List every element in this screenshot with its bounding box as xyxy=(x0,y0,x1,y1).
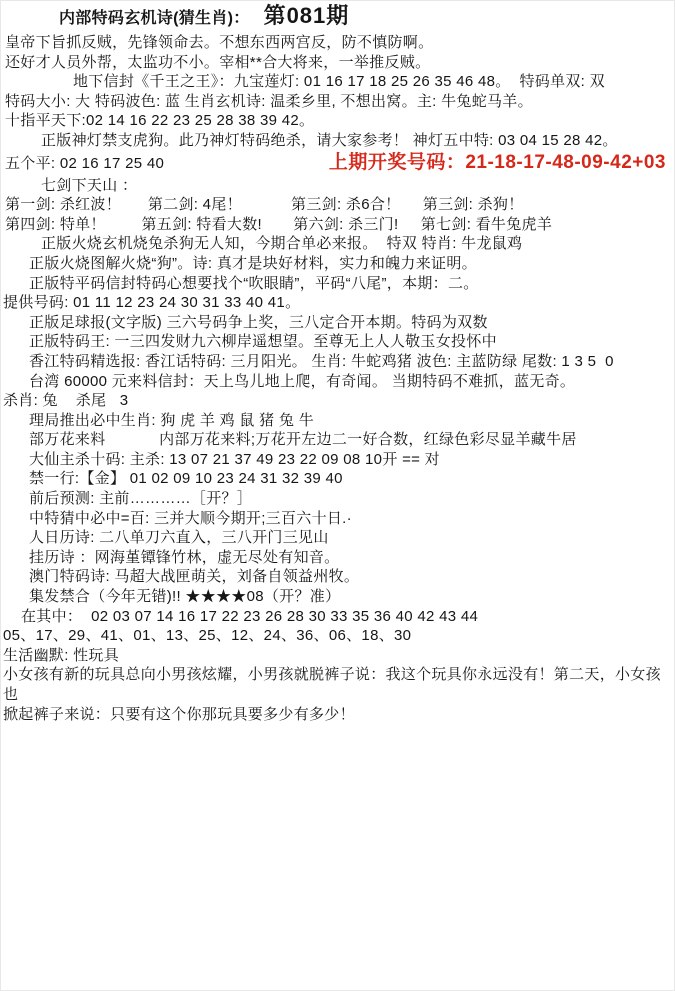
issue-number: 第081期 xyxy=(264,3,350,28)
text-line: 理局推出必中生肖: 狗 虎 羊 鸡 鼠 猪 兔 牛 xyxy=(1,411,674,431)
text-line: 挂历诗 ：网海堇镡锋竹林，虚无尽处有知音。 xyxy=(1,548,674,568)
text-line: 禁一行:【金】 01 02 09 10 23 24 31 32 39 40 xyxy=(1,469,674,489)
text-line: 特码大小: 大 特码波色: 蓝 生肖玄机诗: 温柔乡里, 不想出窝。主: 牛兔蛇… xyxy=(1,92,674,112)
five-flat-numbers: 五个平: 02 16 17 25 40 xyxy=(5,152,164,176)
title-line: 内部特码玄机诗(猜生肖)：第081期 xyxy=(1,3,674,32)
document-body: 内部特码玄机诗(猜生肖)：第081期皇帝下旨抓反贼，先锋领命去。不想东西两宫反，… xyxy=(1,1,674,724)
text-line: 在其中： 02 03 07 14 16 17 22 23 26 28 30 33… xyxy=(1,607,674,627)
text-line: 中特猜中必中=百: 三并大顺今期开;三百六十日.· xyxy=(1,509,674,529)
text-line: 集发禁合（今年无错)!! ★★★★08（开？准） xyxy=(1,587,674,607)
text-line: 十指平天下:02 14 16 22 23 25 28 38 39 42。 xyxy=(1,111,674,131)
five-flat-and-last-draw-line: 五个平: 02 16 17 25 40上期开奖号码：21-18-17-48-09… xyxy=(1,151,674,176)
text-line: 正版特码王: 一三四发财九六柳岸遥想望。至尊无上人人敬玉女投怀中 xyxy=(1,332,674,352)
text-line: 提供号码: 01 11 12 23 24 30 31 33 40 41。 xyxy=(1,293,674,313)
text-line: 生活幽默: 性玩具 xyxy=(1,646,674,666)
text-line: 台湾 60000 元来料信封：天上鸟儿地上爬，有奇闻。 当期特码不难抓，蓝无奇。 xyxy=(1,372,674,392)
text-line: 正版神灯禁支虎狗。此乃神灯特码绝杀，请大家参考！ 神灯五中特: 03 04 15… xyxy=(1,131,674,151)
text-line: 正版火烧图解火烧“狗”。诗: 真才是块好材料，实力和魄力来证明。 xyxy=(1,254,674,274)
text-line: 地下信封《千王之王》：九宝莲灯: 01 16 17 18 25 26 35 46… xyxy=(1,72,674,92)
text-line: 正版火烧玄机烧兔杀狗无人知，今期合单必来报。 特双 特肖: 牛龙鼠鸡 xyxy=(1,234,674,254)
text-line: 05、17、29、41、01、13、25、12、24、36、06、18、30 xyxy=(1,626,674,646)
text-line: 香江特码精选报: 香江话特码: 三月阳光。 生肖: 牛蛇鸡猪 波色: 主蓝防绿 … xyxy=(1,352,674,372)
text-line: 澳门特码诗: 马超大战匣萌关，刘备自领益州牧。 xyxy=(1,567,674,587)
last-draw-numbers: 上期开奖号码：21-18-17-48-09-42+03 xyxy=(329,151,674,175)
text-line: 第四剑: 特单！ 第五剑: 特看大数! 第六剑: 杀三门! 第七剑: 看牛兔虎羊 xyxy=(1,215,674,235)
text-line: 部万花来料 内部万花来料;万花开左边二一好合数，红绿色彩尽显羊藏牛居 xyxy=(1,430,674,450)
text-line: 还好才人员外帮，太监功不小。宰相**合大将来，一举推反贼。 xyxy=(1,53,674,73)
title-label: 内部特码玄机诗(猜生肖)： xyxy=(59,10,250,27)
text-line: 大仙主杀十码: 主杀: 13 07 21 37 49 23 22 09 08 1… xyxy=(1,450,674,470)
text-line: 人日历诗: 二八单刀六直入，三八开门三见山 xyxy=(1,528,674,548)
tip-sheet-page: 内部特码玄机诗(猜生肖)：第081期皇帝下旨抓反贼，先锋领命去。不想东西两宫反，… xyxy=(0,0,675,991)
text-line: 皇帝下旨抓反贼，先锋领命去。不想东西两宫反，防不慎防啊。 xyxy=(1,33,674,53)
text-line: 杀肖: 兔 杀尾 3 xyxy=(1,391,674,411)
text-line: 正版足球报(文字版) 三六号码争上奖，三八定合开本期。特码为双数 xyxy=(1,313,674,333)
text-line: 第一剑: 杀红波！ 第二剑: 4尾！ 第三剑: 杀6合！ 第三剑: 杀狗！ xyxy=(1,195,674,215)
text-line: 前后预测: 主前…………［开？］ xyxy=(1,489,674,509)
text-line: 小女孩有新的玩具总向小男孩炫耀，小男孩就脱裤子说：我这个玩具你永远没有！第二天，… xyxy=(1,665,674,704)
text-line: 掀起裤子来说：只要有这个你那玩具要多少有多少！ xyxy=(1,705,674,725)
text-line: 七剑下天山 ： xyxy=(1,176,674,196)
text-line: 正版特平码信封特码心想要找个“吹眼睛”，平码“八尾”，本期：二。 xyxy=(1,274,674,294)
